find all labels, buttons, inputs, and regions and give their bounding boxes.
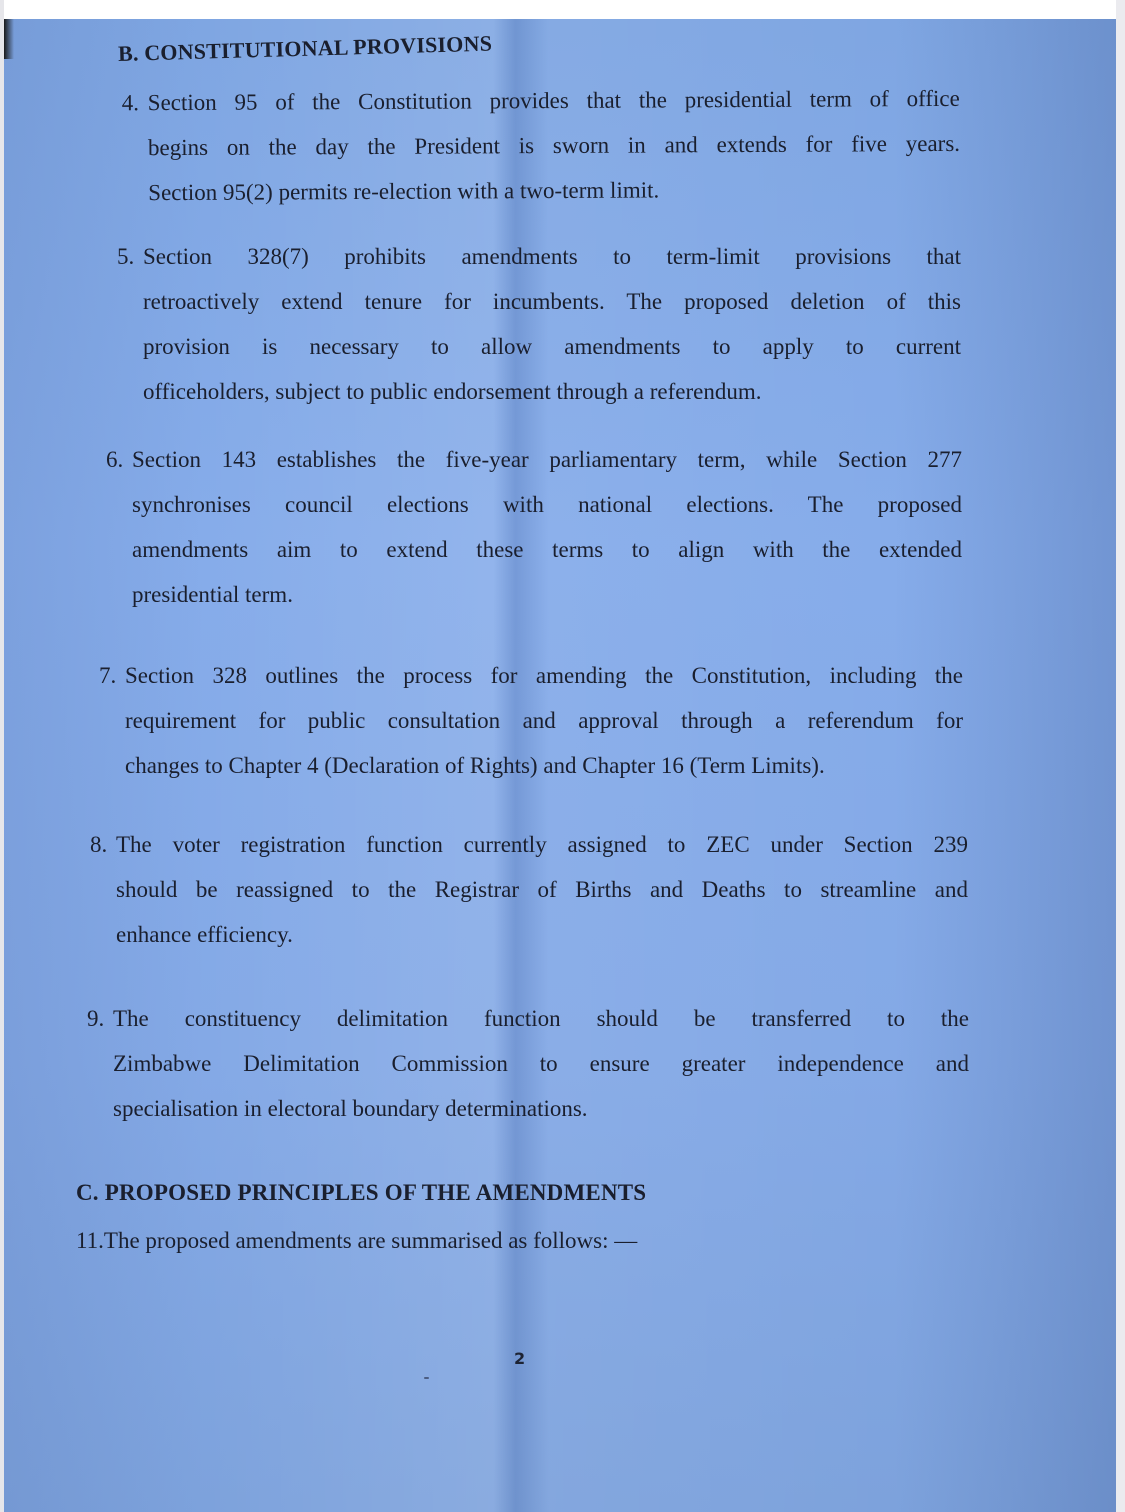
paragraph-line: enhance efficiency.	[116, 912, 968, 957]
paragraph-line: synchronises council elections with nati…	[132, 482, 962, 527]
paragraph-5: 5. Section 328(7) prohibits amendments t…	[143, 234, 961, 414]
paragraph-line: presidential term.	[132, 572, 962, 617]
paragraph-7: 7. Section 328 outlines the process for …	[125, 653, 963, 788]
paragraph-line: Section 95 of the Constitution provides …	[148, 76, 960, 125]
paragraph-line: requirement for public consultation and …	[125, 698, 963, 743]
paragraph-number: 4.	[122, 80, 139, 125]
paragraph-line: The constituency delimitation function s…	[113, 996, 969, 1041]
ink-speck	[424, 1377, 429, 1379]
paragraph-number: 5.	[117, 234, 134, 279]
paragraph-line: Zimbabwe Delimitation Commission to ensu…	[113, 1041, 969, 1086]
paragraph-line: changes to Chapter 4 (Declaration of Rig…	[125, 743, 963, 788]
paragraph-line: begins on the day the President is sworn…	[148, 121, 960, 170]
corner-shadow	[4, 19, 14, 59]
paragraph-11: 11.The proposed amendments are summarise…	[76, 1218, 637, 1263]
paragraph-line: Section 95(2) permits re-election with a…	[148, 166, 960, 215]
right-margin	[1116, 0, 1125, 1512]
paragraph-line: Section 328 outlines the process for ame…	[125, 653, 963, 698]
paragraph-8: 8. The voter registration function curre…	[116, 822, 968, 957]
paragraph-line: Section 143 establishes the five-year pa…	[132, 437, 962, 482]
paragraph-number: 9.	[87, 996, 104, 1041]
paragraph-line: amendments aim to extend these terms to …	[132, 527, 962, 572]
document-page: B. CONSTITUTIONAL PROVISIONS 4. Section …	[4, 19, 1116, 1512]
paragraph-line: specialisation in electoral boundary det…	[113, 1086, 969, 1131]
paragraph-line: retroactively extend tenure for incumben…	[143, 279, 961, 324]
paragraph-number: 8.	[90, 822, 107, 867]
paragraph-number: 7.	[99, 653, 116, 698]
paragraph-line: The voter registration function currentl…	[116, 822, 968, 867]
paragraph-line: provision is necessary to allow amendmen…	[143, 324, 961, 369]
section-b-heading: B. CONSTITUTIONAL PROVISIONS	[118, 31, 493, 67]
paragraph-line: 11.The proposed amendments are summarise…	[76, 1218, 637, 1263]
top-white-strip	[0, 0, 1125, 19]
paragraph-line: officeholders, subject to public endorse…	[143, 369, 961, 414]
page-number: 2	[514, 1349, 525, 1368]
paragraph-4: 4. Section 95 of the Constitution provid…	[148, 76, 961, 215]
paragraph-line: should be reassigned to the Registrar of…	[116, 867, 968, 912]
paragraph-number: 6.	[106, 437, 123, 482]
paragraph-9: 9. The constituency delimitation functio…	[113, 996, 969, 1131]
paragraph-line: Section 328(7) prohibits amendments to t…	[143, 234, 961, 279]
section-c-heading: C. PROPOSED PRINCIPLES OF THE AMENDMENTS	[76, 1180, 646, 1206]
paragraph-6: 6. Section 143 establishes the five-year…	[132, 437, 962, 617]
